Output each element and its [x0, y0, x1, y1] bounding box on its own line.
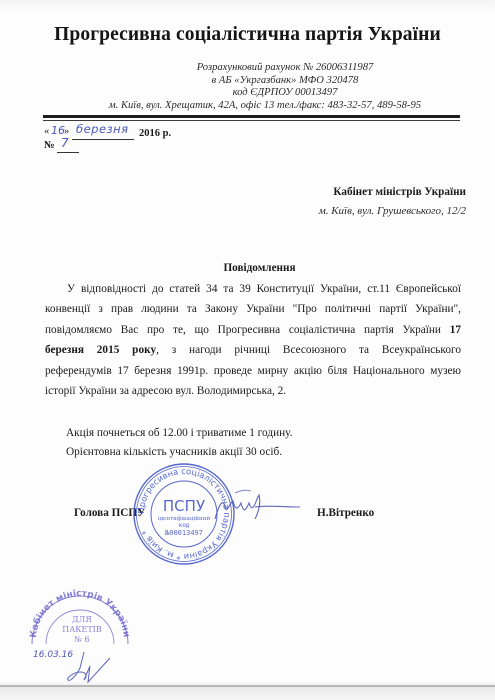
paragraph-line: У відповідності до статей 34 та 39 Конст…	[45, 279, 461, 299]
document-page: Прогресивна соціалістична партія України…	[0, 0, 495, 700]
document-title: Повідомлення	[0, 262, 495, 274]
chair-signature	[205, 485, 305, 535]
month-underline	[72, 139, 134, 140]
bold-date: березня 2015 року	[45, 344, 156, 356]
paragraph-line: референдумів 17 березня 1991р. проведе м…	[45, 361, 461, 381]
outgoing-year: 2016 р.	[139, 128, 171, 139]
svg-text:ПСПУ: ПСПУ	[163, 497, 205, 515]
paragraph-line: повідомляємо Вас про те, що Прогресивна …	[45, 320, 461, 340]
number-underline	[57, 152, 79, 153]
letterhead-divider-thin	[43, 120, 460, 121]
receipt-signature-scribble-icon	[60, 648, 130, 688]
note-participants: Орієнтовна кількість учасників акції 30 …	[66, 446, 282, 458]
bold-date-day: 17	[450, 324, 461, 336]
outgoing-number-label: №	[44, 140, 55, 151]
paragraph-line: конвенції з прав людини та Закону Україн…	[45, 299, 461, 319]
bank-name: в АБ «Укргазбанк» МФО 320478	[135, 75, 435, 88]
letterhead-divider	[43, 115, 460, 118]
date-open-quote: «	[44, 126, 49, 137]
page-bottom-edge	[0, 685, 495, 687]
svg-text:№00013497: №00013497	[164, 529, 203, 537]
note-start-time: Акція почнеться об 12.00 і триватиме 1 г…	[66, 427, 293, 439]
signature-scribble-icon	[205, 485, 305, 530]
signatory-name: Н.Вітренко	[317, 507, 374, 519]
svg-text:ДЛЯ: ДЛЯ	[72, 615, 92, 624]
svg-text:ПАКЕТІВ: ПАКЕТІВ	[62, 625, 102, 634]
paragraph-line: історії України за адресою вул. Володими…	[45, 381, 461, 401]
addressee-name: Кабінет міністрів України	[300, 186, 466, 198]
party-address-phone: м. Київ, вул. Хрещатик, 42А, офіс 13 тел…	[65, 100, 465, 113]
handwritten-month: березня	[76, 122, 129, 136]
svg-text:ідентифікаційний: ідентифікаційний	[158, 515, 211, 522]
bank-account: Розрахунковий рахунок № 26006311987	[135, 62, 435, 75]
svg-text:№ 6: № 6	[74, 635, 89, 644]
svg-text:код: код	[179, 522, 190, 529]
edrpou-code: код ЄДРПОУ 00013497	[135, 87, 435, 100]
paragraph-line: березня 2015 року, з нагоди річниці Всес…	[45, 340, 461, 360]
notification-paragraph: У відповідності до статей 34 та 39 Конст…	[45, 279, 461, 401]
party-letterhead-title: Прогресивна соціалістична партія України	[0, 24, 495, 46]
handwritten-number: 7	[61, 136, 69, 150]
addressee-address: м. Київ, вул. Грушевського, 12/2	[290, 205, 466, 217]
